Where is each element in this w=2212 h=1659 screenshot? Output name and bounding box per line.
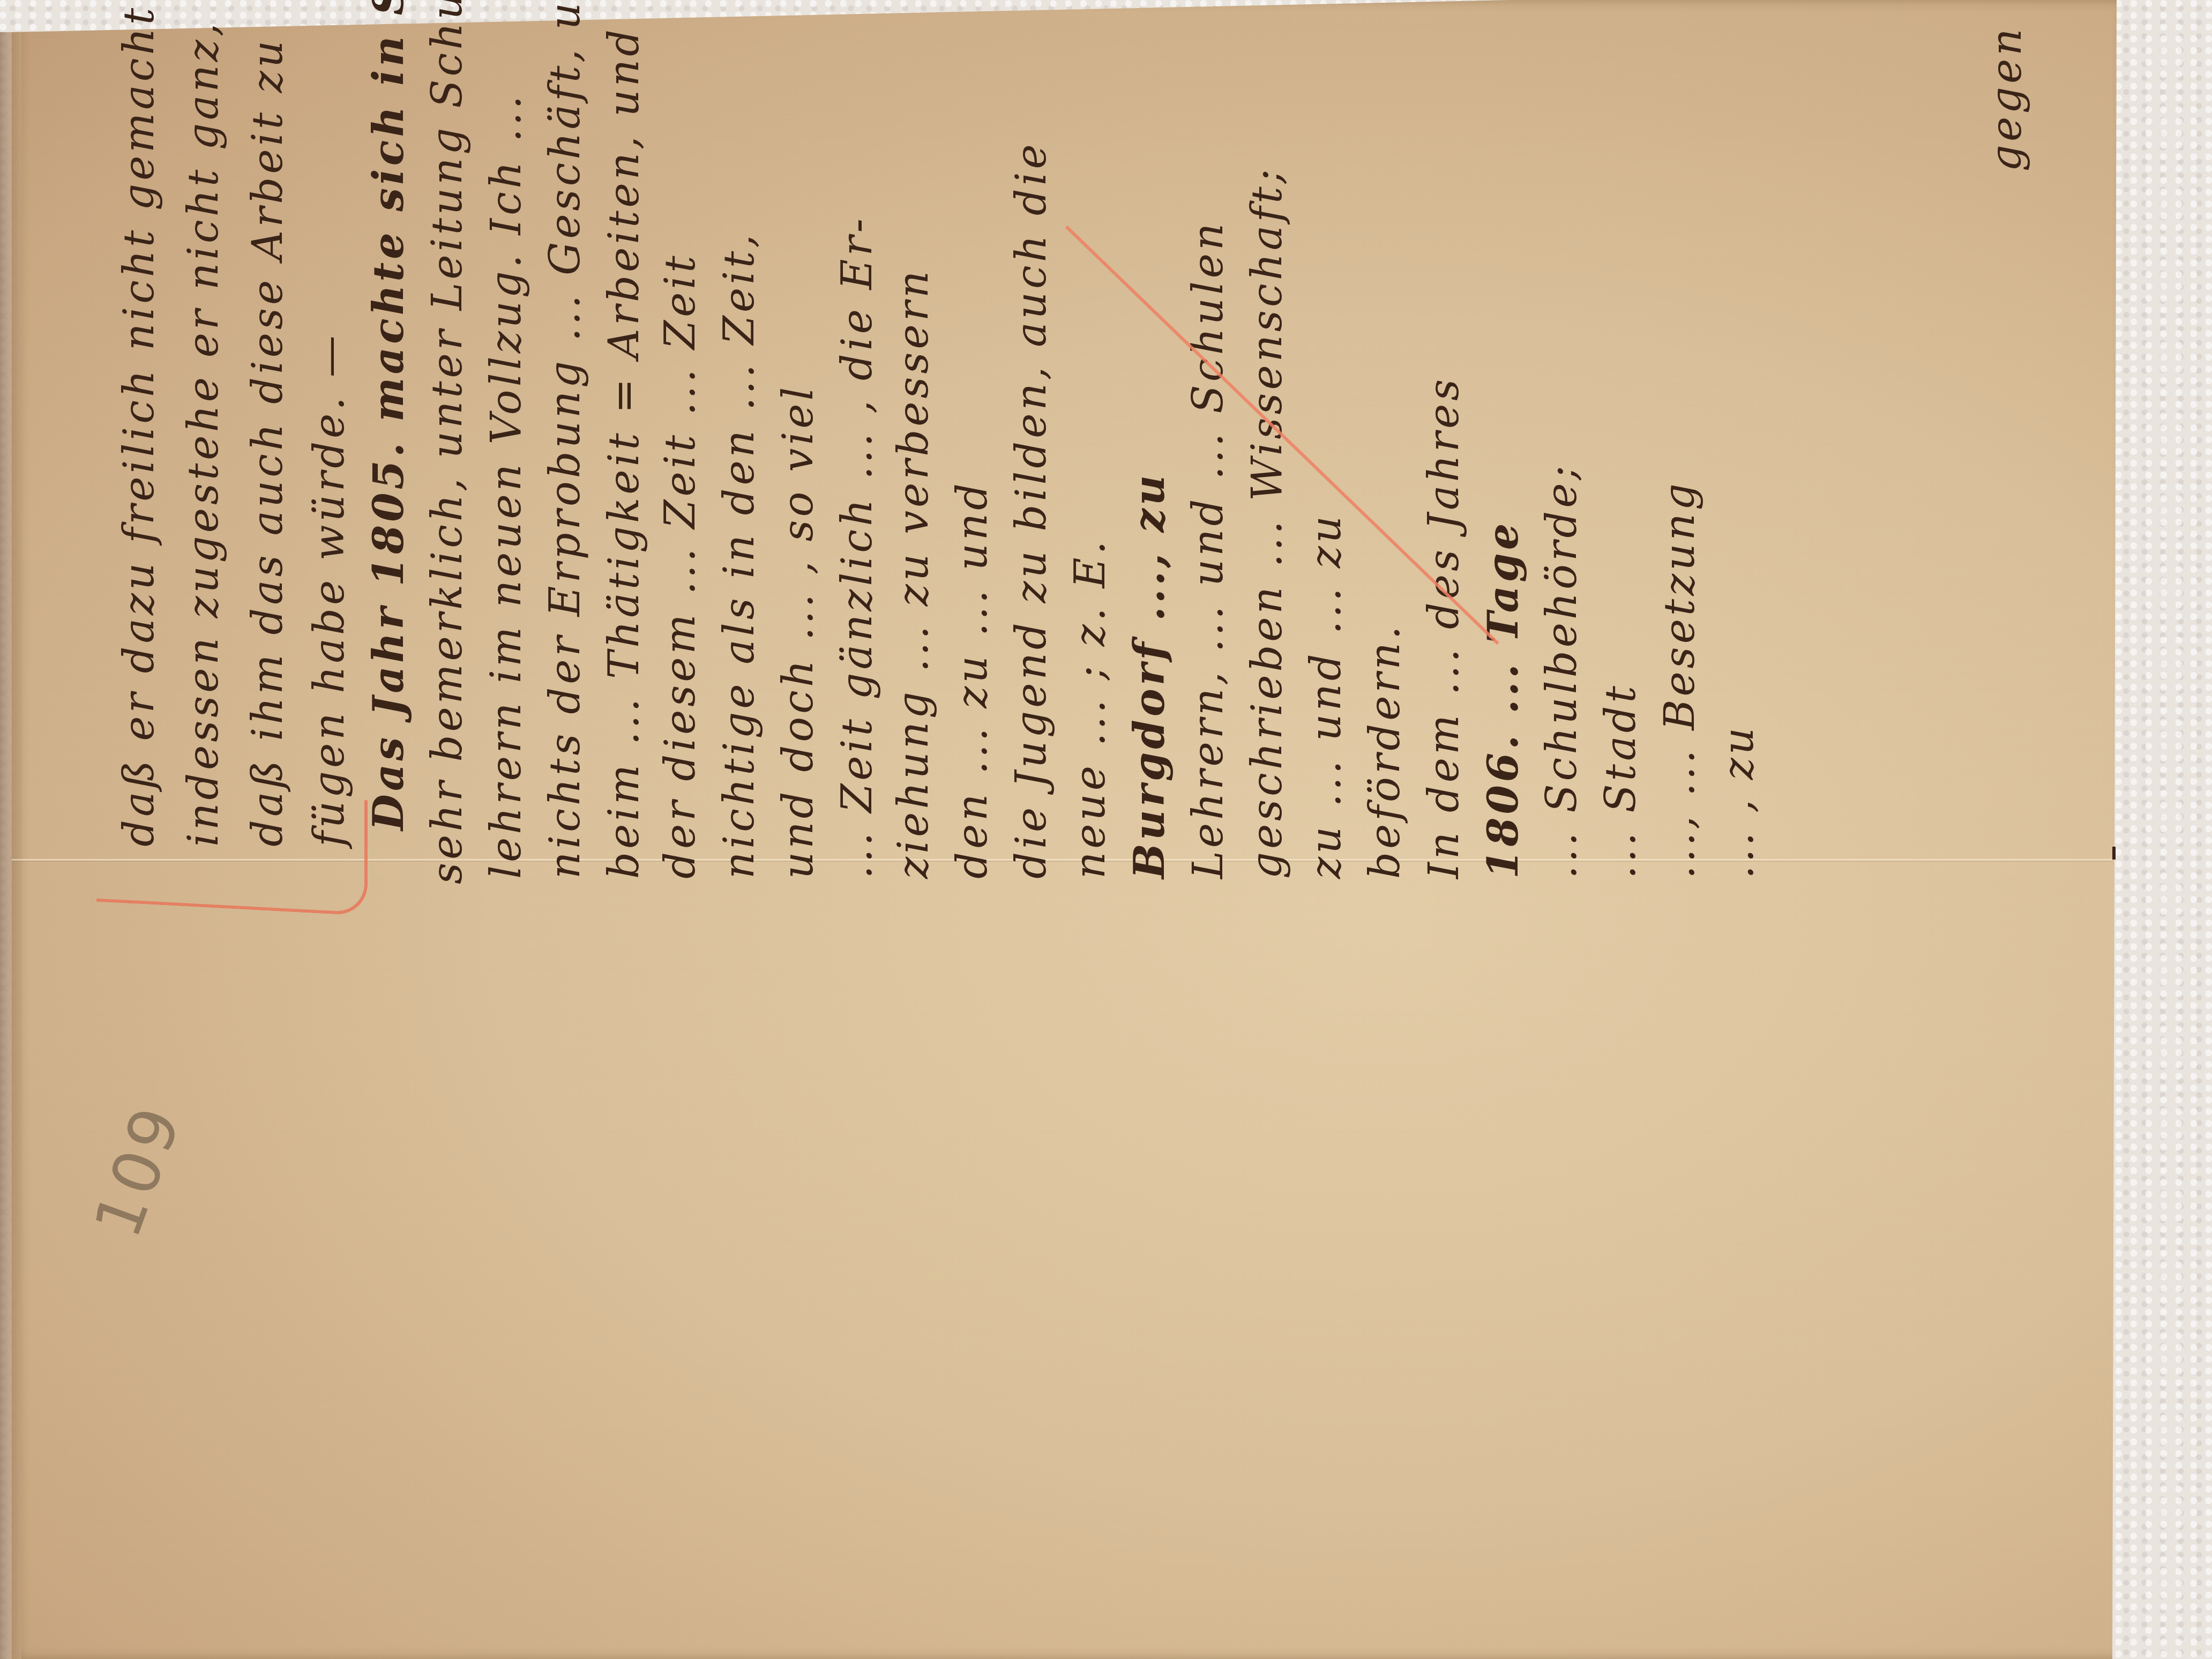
manuscript-line: ziehung ... zu verbessern: [890, 268, 938, 879]
manuscript-line: 1806. ... Tage: [1479, 520, 1528, 879]
manuscript-line: zu ... und ... zu: [1302, 513, 1350, 879]
manuscript-line: neue ... ; z. E.: [1066, 538, 1115, 879]
manuscript-line: geschrieben ... Wissenschaft;: [1243, 166, 1291, 879]
edge-mark: [2112, 847, 2116, 860]
manuscript-line: indessen zugestehe er nicht ganz,: [180, 20, 228, 847]
manuscript-line: ..., ... Besetzung: [1656, 480, 1704, 879]
manuscript-line: befördern.: [1361, 623, 1409, 879]
red-pencil-bracket: [96, 786, 368, 916]
manuscript-line: In dem ... des Jahres: [1420, 376, 1468, 879]
manuscript-line: lehrern im neuen Vollzug. Ich ...: [482, 93, 530, 879]
manuscript-line: Das Jahr 1805. machte sich in Stadt: [364, 0, 413, 831]
manuscript-line: die Jugend zu bilden, auch die: [1007, 141, 1056, 879]
manuscript-line: nichts der Erprobung ... Geschäft, und: [541, 0, 589, 879]
manuscript-line: der diesem ... Zeit ... Zeit: [656, 252, 705, 879]
manuscript-line: ... Zeit gänzlich ... , die Er-: [833, 215, 881, 879]
manuscript-line: Burgdorf ..., zu: [1125, 472, 1174, 879]
manuscript-line: beim ... Thätigkeit = Arbeiten, und: [600, 26, 648, 879]
manuscript-line: sehr bemerklich, unter Leitung Schulz-: [423, 0, 472, 884]
manuscript-line: ... Stadt: [1597, 683, 1645, 879]
manuscript-line: ... Schulbehörde;: [1538, 462, 1586, 879]
manuscript-line: fügen habe würde. —: [305, 332, 354, 847]
catchword: gegen: [1983, 26, 2031, 171]
binding-edge: [0, 32, 21, 1659]
manuscript-line: nichtige als in den ... Zeit,: [715, 231, 764, 879]
manuscript-line: ... , zu: [1715, 724, 1763, 879]
manuscript-line: daß ihm das auch diese Arbeit zu: [244, 38, 292, 847]
manuscript-line: und doch ... , so viel: [774, 384, 823, 879]
manuscript-line: daß er dazu freilich nicht gemacht habe,: [115, 0, 163, 847]
manuscript-line: den ... zu ... und: [948, 480, 997, 879]
manuscript-line: Lehrern, ... und ... Schulen: [1184, 220, 1232, 879]
